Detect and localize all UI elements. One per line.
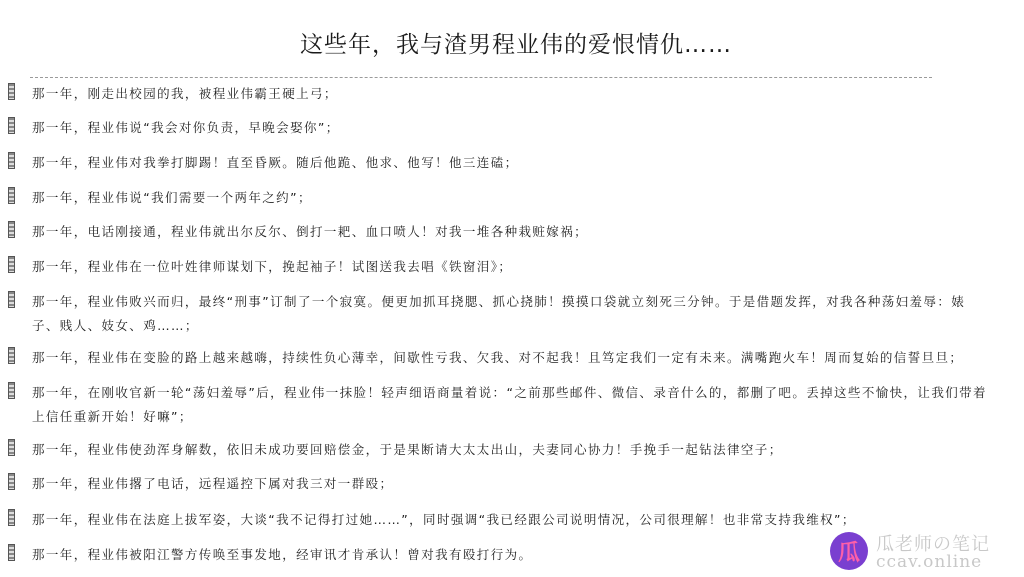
list-item-text: 那一年，程业伟败兴而归，最终“刑事”订制了一个寂寞。便更加抓耳挠腮、抓心挠肺！摸… — [32, 290, 992, 338]
list-item-text: 那一年，程业伟对我拳打脚踢！直至昏厥。随后他跪、他求、他写！他三连磕； — [32, 151, 992, 175]
bullet-icon — [8, 439, 15, 456]
bullet-icon — [8, 509, 15, 526]
list-item-text: 那一年，程业伟说“我会对你负责，早晚会娶你”； — [32, 116, 992, 140]
watermark-logo-glyph: 瓜 — [838, 536, 860, 567]
bullet-icon — [8, 256, 15, 273]
bullet-icon — [8, 382, 15, 399]
list-item-text: 那一年，在刚收官新一轮“荡妇羞辱”后，程业伟一抹脸！轻声细语商量着说：“之前那些… — [32, 381, 992, 429]
list-item-text: 那一年，程业伟在一位叶姓律师谋划下，挽起袖子！试图送我去唱《铁窗泪》； — [32, 255, 992, 279]
dashed-divider — [30, 77, 932, 78]
bullet-icon — [8, 117, 15, 134]
bullet-icon — [8, 187, 15, 204]
watermark-logo-icon: 瓜 — [830, 532, 868, 570]
list-item-text: 那一年，电话刚接通，程业伟就出尔反尔、倒打一耙、血口喷人！对我一堆各种栽赃嫁祸； — [32, 220, 992, 244]
bullet-icon — [8, 83, 15, 100]
bullet-icon — [8, 544, 15, 561]
watermark: 瓜 瓜老师の笔记 ccav.online — [830, 530, 1020, 575]
bullet-icon — [8, 221, 15, 238]
bullet-icon — [8, 347, 15, 364]
page-title: 这些年，我与渣男程业伟的爱恨情仇…… — [300, 26, 820, 59]
bullet-icon — [8, 291, 15, 308]
list-item-text: 那一年，程业伟在法庭上拔军姿，大谈“我不记得打过她……”，同时强调“我已经跟公司… — [32, 508, 992, 532]
list-item-text: 那一年，刚走出校园的我，被程业伟霸王硬上弓； — [32, 82, 992, 106]
bullet-icon — [8, 473, 15, 490]
watermark-url: ccav.online — [876, 552, 982, 572]
bullet-icon — [8, 152, 15, 169]
list-item-text: 那一年，程业伟撂了电话，远程遥控下属对我三对一群殴； — [32, 472, 992, 496]
list-item-text: 那一年，程业伟说“我们需要一个两年之约”； — [32, 186, 992, 210]
list-item-text: 那一年，程业伟在变脸的路上越来越嗨，持续性负心薄幸，间歇性亏我、欠我、对不起我！… — [32, 346, 992, 370]
list-item-text: 那一年，程业伟使劲浑身解数，依旧未成功要回赔偿金，于是果断请大太太出山，夫妻同心… — [32, 438, 992, 462]
